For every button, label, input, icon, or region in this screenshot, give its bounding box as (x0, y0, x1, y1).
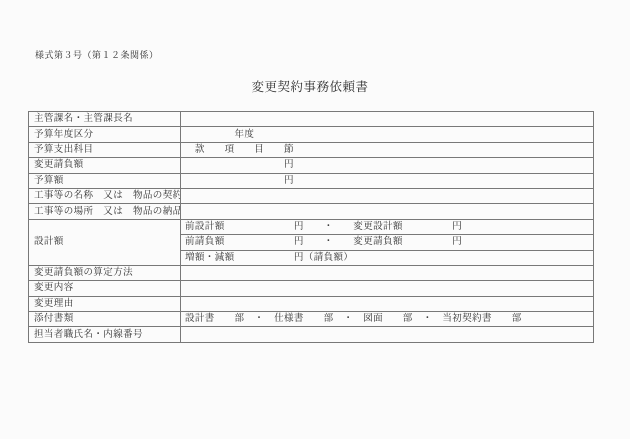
row-label-changed-contract-amount: 変更請負額 (29, 158, 181, 173)
row-value-work-location (181, 204, 594, 219)
row-label-budget-amount: 予算額 (29, 173, 181, 188)
row-value-attachments: 設計書 部 ・ 仕様書 部 ・ 図面 部 ・ 当初契約書 部 (181, 312, 594, 327)
row-value-section-chief (181, 112, 594, 127)
change-contract-form-table: 主管課名・主管課長名 予算年度区分 年度 予算支出科目 款 項 目 節 変更請負… (28, 111, 594, 343)
table-row: 添付書類 設計書 部 ・ 仕様書 部 ・ 図面 部 ・ 当初契約書 部 (29, 312, 594, 327)
row-value-budget-item: 款 項 目 節 (181, 142, 594, 157)
row-value-previous-contract-amount: 前請負額 円 ・ 変更請負額 円 (181, 235, 594, 250)
row-value-increase-decrease-amount: 増額・減額 円（請負額） (181, 250, 594, 265)
form-number: 様式第３号（第１２条関係） (35, 48, 159, 61)
row-label-section-chief: 主管課名・主管課長名 (29, 112, 181, 127)
row-value-change-reason (181, 296, 594, 311)
row-label-work-name: 工事等の名称 又は 物品の契約名称 (29, 188, 181, 203)
row-label-change-reason: 変更理由 (29, 296, 181, 311)
row-value-change-details (181, 281, 594, 296)
row-value-changed-contract-amount: 円 (181, 158, 594, 173)
row-value-calculation-method (181, 265, 594, 280)
table-row: 変更理由 (29, 296, 594, 311)
table-row: 変更請負額 円 (29, 158, 594, 173)
table-row: 設計額 前設計額 円 ・ 変更設計額 円 (29, 219, 594, 234)
row-label-budget-item: 予算支出科目 (29, 142, 181, 157)
table-row: 工事等の名称 又は 物品の契約名称 (29, 188, 594, 203)
row-label-staff-name-extension: 担当者職氏名・内線番号 (29, 327, 181, 342)
page-title: 変更契約事務依頼書 (0, 77, 620, 95)
row-label-calculation-method: 変更請負額の算定方法 (29, 265, 181, 280)
row-value-staff-name-extension (181, 327, 594, 342)
row-value-previous-design-amount: 前設計額 円 ・ 変更設計額 円 (181, 219, 594, 234)
table-row: 工事等の場所 又は 物品の納品場所 (29, 204, 594, 219)
row-label-change-details: 変更内容 (29, 281, 181, 296)
table-row: 変更内容 (29, 281, 594, 296)
table-row: 予算額 円 (29, 173, 594, 188)
row-value-budget-year: 年度 (181, 127, 594, 142)
row-label-work-location: 工事等の場所 又は 物品の納品場所 (29, 204, 181, 219)
row-label-attachments: 添付書類 (29, 312, 181, 327)
row-value-budget-amount: 円 (181, 173, 594, 188)
row-label-budget-year: 予算年度区分 (29, 127, 181, 142)
table-row: 予算年度区分 年度 (29, 127, 594, 142)
row-label-design-amount: 設計額 (29, 219, 181, 265)
document-page: { "page": { "form_number": "様式第３号（第１２条関係… (0, 0, 630, 439)
table-row: 主管課名・主管課長名 (29, 112, 594, 127)
table-row: 担当者職氏名・内線番号 (29, 327, 594, 342)
row-value-work-name (181, 188, 594, 203)
table-row: 予算支出科目 款 項 目 節 (29, 142, 594, 157)
table-row: 変更請負額の算定方法 (29, 265, 594, 280)
